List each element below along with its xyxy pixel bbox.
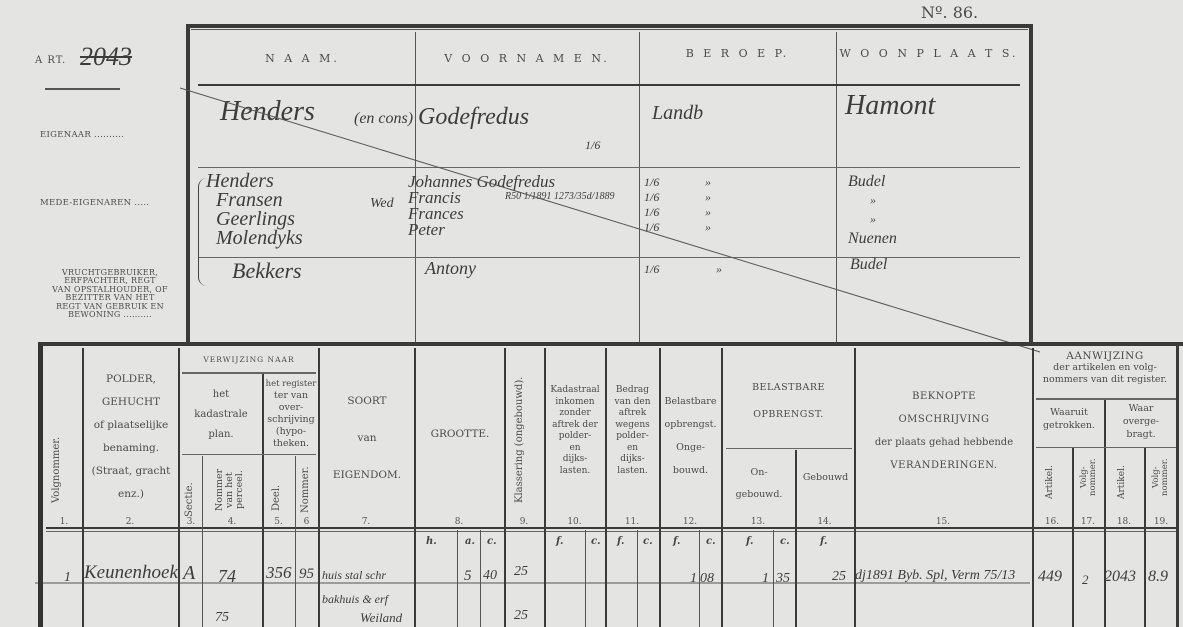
header-soort: SOORT van EIGENDOM. — [320, 390, 414, 487]
divider — [1072, 448, 1074, 627]
row-soort: huis stal schr — [322, 568, 386, 583]
header-waaruit: Waaruit getrokken. — [1034, 406, 1104, 432]
col-number: 11. — [605, 517, 659, 527]
header-verwijzing: VERWIJZING NAAR — [180, 355, 318, 364]
col-number: 8. — [414, 517, 504, 527]
divider — [585, 530, 586, 627]
row-artikel-16: 449 — [1038, 568, 1062, 586]
col-number: 3. — [180, 517, 202, 527]
row-soort-2: bakhuis & erf — [322, 592, 388, 607]
divider — [773, 530, 774, 627]
row-artikel-18: 2043 — [1104, 568, 1136, 586]
divider — [457, 530, 458, 627]
header-klassering: Klassering (ongebouwd). — [515, 370, 526, 510]
row-sectie: A — [183, 562, 195, 585]
divider — [202, 456, 203, 627]
row-polder: Keunenhoek — [84, 562, 178, 584]
header-artikel-18: Artikel. — [1118, 462, 1127, 502]
col-number: 14. — [795, 517, 854, 527]
header-polder: POLDER, GEHUCHT of plaatselijke benaming… — [84, 368, 178, 506]
header-belastbare-ongebouwd: Belastbare opbrengst. Onge- bouwd. — [660, 390, 721, 482]
divider — [295, 456, 296, 627]
row-volgnommer-19: 8.9 — [1148, 568, 1168, 586]
header-beknopte-omschrijving: BEKNOPTE OMSCHRIJVING der plaats gehad h… — [856, 385, 1032, 477]
parcel-table-right-border — [1176, 342, 1179, 627]
row-nommer-reg: 95 — [299, 566, 314, 583]
col-number: 17. — [1072, 517, 1104, 527]
col-number: 5. — [262, 517, 295, 527]
header-grootte: GROOTTE. — [416, 428, 504, 441]
unit-c: c. — [780, 536, 790, 547]
unit-c: c. — [487, 536, 497, 547]
rule — [1036, 447, 1176, 448]
header-volgnommer-17: Volg-nommer. — [1080, 452, 1098, 502]
row-ongebouwd-c: 08 — [700, 571, 714, 587]
col-number: 2. — [82, 517, 178, 527]
header-aanwijzing: AANWIJZING der artikelen en volg- nommer… — [1034, 350, 1176, 386]
parcel-header-rule — [46, 531, 1176, 532]
unit-f: f. — [617, 536, 624, 547]
rule — [1036, 398, 1176, 400]
parcel-header-rule — [46, 527, 1176, 529]
row-klassering: 25 — [514, 608, 528, 624]
unit-f: f. — [820, 536, 827, 547]
header-deel: Deel. — [272, 478, 283, 518]
header-sectie: Sectie. — [185, 480, 196, 520]
rule — [726, 448, 852, 449]
col-number: 7. — [318, 517, 414, 527]
row-are: 5 — [464, 568, 472, 585]
col-number: 18. — [1104, 517, 1144, 527]
row-volgnommer-17: 2 — [1082, 572, 1089, 588]
divider — [414, 348, 416, 627]
row-ongebouwd-f: 1 — [690, 571, 697, 587]
header-waar-overgebragt: Waar overge- bragt. — [1106, 402, 1176, 441]
col-number: 16. — [1032, 517, 1072, 527]
unit-c: c. — [643, 536, 653, 547]
divider — [637, 530, 638, 627]
row-deel: 356 — [266, 563, 292, 583]
rule — [182, 454, 316, 455]
col-number: 4. — [202, 517, 262, 527]
row-centiare: 40 — [483, 568, 497, 584]
row-veranderingen: dj1891 Byb. Spl, Verm 75/13 — [855, 568, 1015, 584]
row-klassering: 25 — [514, 564, 528, 580]
header-belastbare-opbrengst: BELASTBARE OPBRENGST. — [723, 374, 854, 428]
header-kadastraal-inkomen: Kadastraal inkomen zonder aftrek der pol… — [545, 385, 605, 477]
header-nommer-perceel: Nommer van het perceel. — [215, 460, 245, 520]
row-gebouwd-f: 25 — [832, 569, 846, 585]
row-on13-f: 1 — [762, 571, 769, 587]
divider — [1144, 448, 1146, 627]
header-gebouwd: Gebouwd — [797, 472, 854, 484]
divider — [480, 530, 481, 627]
header-volgnommer: Volgnommer. — [52, 430, 63, 510]
divider — [504, 348, 506, 627]
row-soort: Weiland — [360, 610, 402, 626]
row-on13-c: 35 — [776, 571, 790, 587]
row-volgnommer: 1 — [64, 570, 71, 586]
header-kadastrale-plan: het kadastrale plan. — [180, 385, 262, 445]
row-nommer: 75 — [215, 610, 229, 626]
unit-h: h. — [426, 536, 437, 547]
col-number: 19. — [1144, 517, 1178, 527]
row-nommer: 74 — [218, 566, 236, 587]
header-volgnommer-19: Volg-nommer. — [1152, 452, 1170, 502]
unit-f: f. — [556, 536, 563, 547]
rule — [182, 372, 316, 374]
unit-a: a. — [465, 536, 475, 547]
header-register: het register ter van over- schrijving (h… — [264, 378, 318, 450]
header-nommer-reg: Nommer. — [301, 462, 312, 518]
divider — [1032, 348, 1034, 627]
col-number: 12. — [659, 517, 721, 527]
header-artikel-16: Artikel. — [1046, 462, 1055, 502]
unit-f: f. — [673, 536, 680, 547]
col-number: 6 — [295, 517, 318, 527]
col-number: 9. — [504, 517, 544, 527]
col-number: 15. — [854, 517, 1032, 527]
col-number: 13. — [721, 517, 795, 527]
col-number: 1. — [46, 517, 82, 527]
col-number: 10. — [544, 517, 605, 527]
unit-c: c. — [706, 536, 716, 547]
unit-c: c. — [591, 536, 601, 547]
header-bedrag-aftrek: Bedrag van den aftrek wegens polder- en … — [606, 385, 659, 477]
header-ongebouwd: On- gebouwd. — [723, 462, 795, 506]
unit-f: f. — [746, 536, 753, 547]
